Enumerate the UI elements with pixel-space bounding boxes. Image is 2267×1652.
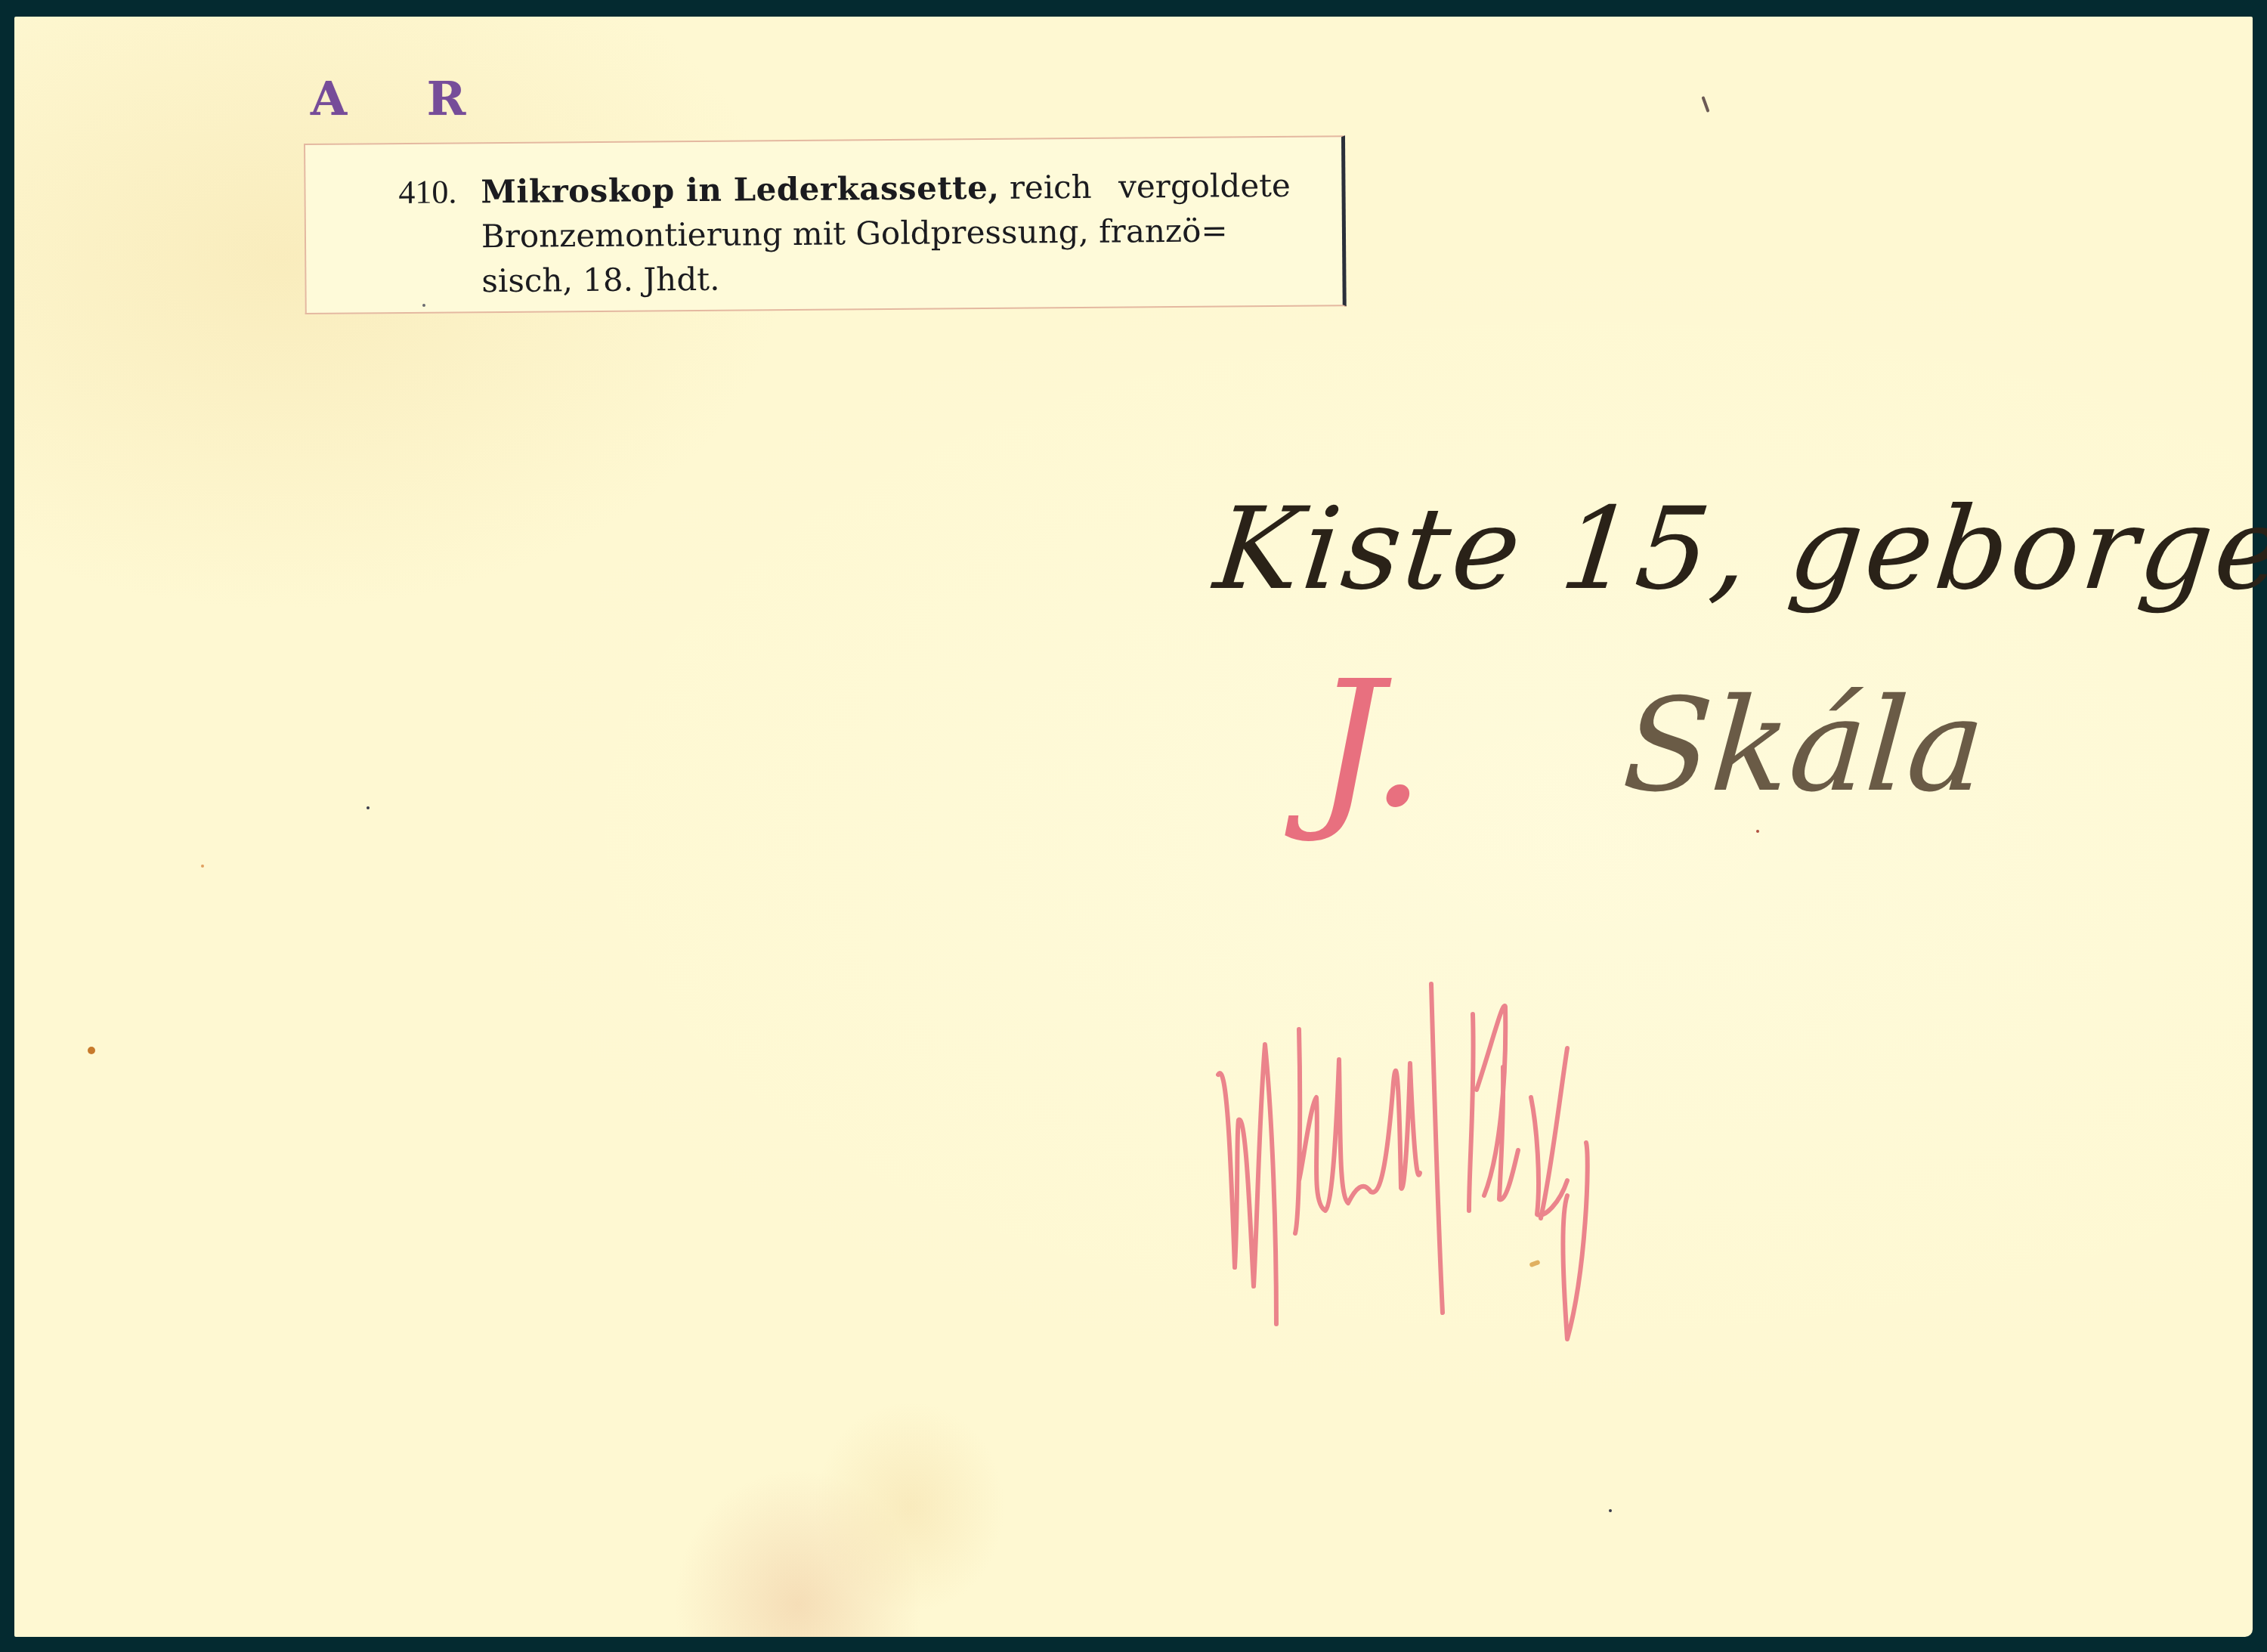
clipping-line-3: sisch, 18. Jhdt.	[481, 264, 719, 297]
handwritten-surname: Skála	[1619, 682, 1988, 810]
paper-speck	[422, 304, 425, 307]
paper-speck	[1609, 1509, 1612, 1512]
paper-speck	[201, 865, 204, 868]
paper-speck	[88, 1047, 95, 1054]
handwritten-note-box-number: Kiste 15, geborgen	[1210, 493, 2267, 606]
pencil-tick-mark	[1701, 96, 1709, 113]
clipping-line-1: 410.Mikroskop in Lederkassette, reich ve…	[398, 169, 1291, 209]
handwritten-initial: J.	[1314, 659, 1425, 833]
paper-speck	[1756, 830, 1759, 833]
stamp-initials: A R	[311, 71, 497, 126]
clipping-line-2: Bronzemontierung mit Goldpressung, franz…	[481, 215, 1228, 252]
lot-number: 410.	[398, 175, 481, 209]
red-pencil-signature	[1205, 969, 1915, 1354]
document-card: A R 410.Mikroskop in Lederkassette, reic…	[14, 17, 2253, 1637]
catalog-clipping: 410.Mikroskop in Lederkassette, reich ve…	[304, 135, 1347, 314]
item-title: Mikroskop in Lederkassette,	[481, 169, 999, 210]
item-description-start: reich vergoldete	[1010, 167, 1291, 206]
paper-speck	[366, 806, 370, 809]
